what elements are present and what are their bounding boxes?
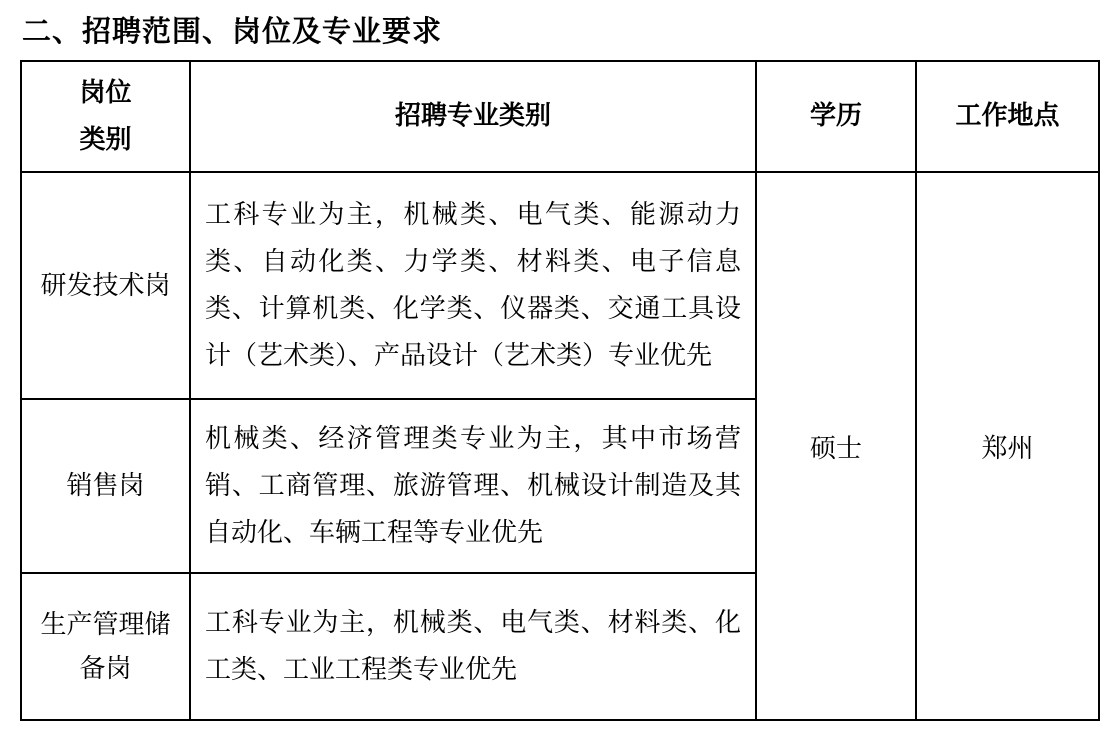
header-education: 学历	[756, 61, 916, 172]
table-header-row: 岗位 类别 招聘专业类别 学历 工作地点	[21, 61, 1099, 172]
cell-majors-production: 工科专业为主，机械类、电气类、材料类、化工类、工业工程类专业优先	[190, 573, 756, 720]
cell-location: 郑州	[916, 172, 1099, 720]
cell-majors-sales: 机械类、经济管理类专业为主，其中市场营销、工商管理、旅游管理、机械设计制造及其自…	[190, 399, 756, 573]
cell-category-rnd: 研发技术岗	[21, 172, 190, 399]
header-location: 工作地点	[916, 61, 1099, 172]
header-position-category-line1: 岗位	[22, 70, 189, 117]
cell-majors-rnd: 工科专业为主，机械类、电气类、能源动力类、自动化类、力学类、材料类、电子信息类、…	[190, 172, 756, 399]
header-position-category-line2: 类别	[22, 117, 189, 164]
section-heading: 二、招聘范围、岗位及专业要求	[22, 12, 1116, 50]
cell-category-production-line2: 备岗	[26, 647, 185, 691]
cell-category-production: 生产管理储 备岗	[21, 573, 190, 720]
header-position-category: 岗位 类别	[21, 61, 190, 172]
document-page: 二、招聘范围、岗位及专业要求 岗位 类别 招聘专业类别 学历 工作地点 研发技术…	[0, 0, 1116, 731]
table-row-rnd: 研发技术岗 工科专业为主，机械类、电气类、能源动力类、自动化类、力学类、材料类、…	[21, 172, 1099, 399]
cell-category-production-line1: 生产管理储	[26, 603, 185, 647]
header-majors: 招聘专业类别	[190, 61, 756, 172]
recruitment-table: 岗位 类别 招聘专业类别 学历 工作地点 研发技术岗 工科专业为主，机械类、电气…	[20, 60, 1100, 721]
cell-education: 硕士	[756, 172, 916, 720]
cell-category-sales: 销售岗	[21, 399, 190, 573]
